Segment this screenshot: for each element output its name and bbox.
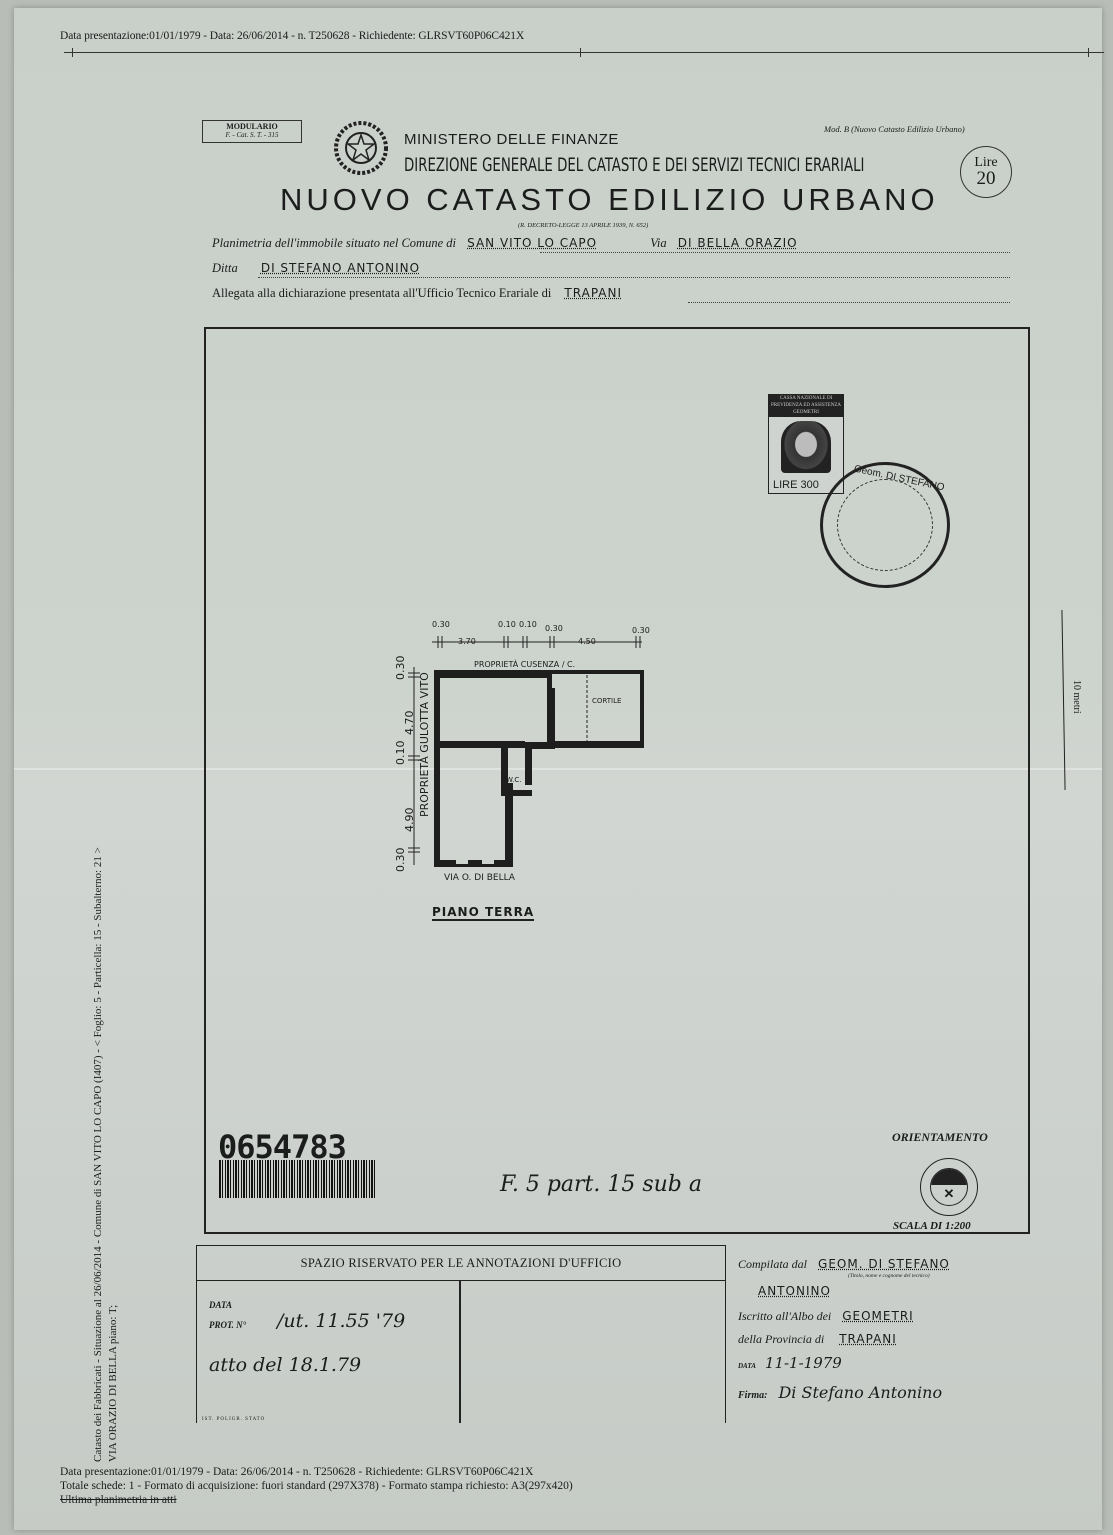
provincia-row: della Provincia di TRAPANI (738, 1332, 897, 1347)
signature: Di Stefano Antonino (778, 1383, 942, 1402)
stamp-header: CASSA NAZIONALE DI PREVIDENZA ED ASSISTE… (769, 395, 843, 417)
document-title: NUOVO CATASTO EDILIZIO URBANO (280, 182, 939, 218)
dimension-label: 3.70 (458, 637, 476, 646)
stamp-portrait (781, 421, 831, 473)
barcode (219, 1160, 377, 1198)
comune-label: Planimetria dell'immobile situato nel Co… (212, 236, 456, 250)
office-annotations-box: SPAZIO RISERVATO PER LE ANNOTAZIONI D'UF… (196, 1245, 726, 1423)
street-label: VIA O. DI BELLA (444, 873, 515, 883)
footer-line-1: Data presentazione:01/01/1979 - Data: 26… (60, 1466, 533, 1478)
wc-label: W.C. (506, 776, 521, 784)
firma-label: Firma: (738, 1390, 767, 1401)
handwritten-reference: F. 5 part. 15 sub a (500, 1172, 702, 1197)
prot-value: /ut. 11.55 '79 (277, 1310, 405, 1332)
albo-row: Iscritto all'Albo dei GEOMETRI (738, 1309, 914, 1324)
allegata-row: Allegata alla dichiarazione presentata a… (212, 286, 622, 301)
compiler-row: Compilata dal GEOM. DI STEFANO (738, 1257, 950, 1272)
printer-mark: IST. POLIGR. STATO (202, 1417, 265, 1422)
dimension-label: 0.30 (545, 624, 563, 633)
scale-bar-label: 10 metri (1071, 680, 1082, 714)
north-neighbor-label: PROPRIETÀ CUSENZA / C. (474, 660, 575, 669)
side-margin-line-1: Catasto dei Fabbricati - Situazione al 2… (92, 847, 104, 1462)
fee-stamp: Lire 20 (960, 146, 1012, 198)
compilata-hint: (Titolo, nome e cognome del tecnico) (848, 1273, 930, 1279)
compass-icon: ✕ (920, 1158, 978, 1216)
decree-reference: (R. DECRETO-LEGGE 13 APRILE 1939, N. 652… (518, 222, 648, 229)
dimension-label: 0.10 (498, 620, 516, 629)
provincia-label: della Provincia di (738, 1332, 824, 1346)
ditta-value: DI STEFANO ANTONINO (261, 261, 420, 275)
dotted-line (688, 302, 1010, 303)
compiler-data-value: 11-1-1979 (765, 1354, 842, 1372)
ditta-label: Ditta (212, 261, 238, 275)
compilata-label: Compilata dal (738, 1257, 807, 1271)
modulario-code: F. - Cat. S. T. - 315 (203, 131, 301, 140)
compiler-row-2: ANTONINO (738, 1284, 831, 1299)
revenue-stamp: CASSA NAZIONALE DI PREVIDENZA ED ASSISTE… (768, 394, 844, 494)
fee-value: 20 (961, 171, 1011, 187)
albo-value: GEOMETRI (842, 1309, 913, 1323)
surveyor-seal: Geom. DI STEFANO (820, 462, 950, 588)
dimension-label: 0.30 (432, 620, 450, 629)
allegata-label: Allegata alla dichiarazione presentata a… (212, 286, 551, 300)
compiler-data-label: DATA (738, 1362, 756, 1370)
comune-value: SAN VITO LO CAPO (467, 236, 597, 250)
dotted-line (258, 277, 1010, 278)
compilata-value: GEOM. DI STEFANO (818, 1257, 950, 1271)
dimension-label: 0.10 (519, 620, 537, 629)
ministry-name: MINISTERO DELLE FINANZE (404, 131, 619, 148)
dimension-label: 4.50 (578, 637, 596, 646)
office-note: atto del 18.1.79 (209, 1354, 361, 1376)
stamp-value: LIRE 300 (773, 479, 819, 491)
dimension-label: 0.30 (632, 626, 650, 635)
office-box-title: SPAZIO RISERVATO PER LE ANNOTAZIONI D'UF… (197, 1246, 725, 1281)
courtyard-label: CORTILE (592, 697, 621, 705)
compilata-value-2: ANTONINO (758, 1284, 831, 1298)
presentation-header: Data presentazione:01/01/1979 - Data: 26… (60, 30, 524, 42)
via-value: DI BELLA ORAZIO (678, 236, 798, 250)
data-row: DATA 11-1-1979 (738, 1354, 842, 1372)
west-neighbor-label: PROPRIETÀ GULOTTA VITO (418, 672, 431, 817)
data-label: DATA (209, 1300, 232, 1310)
dimension-label: 0.30 (394, 848, 407, 873)
floor-plan-drawing (392, 615, 672, 900)
dimension-label: 4.90 (403, 808, 416, 833)
directorate-name: DIREZIONE GENERALE DEL CATASTO E DEI SER… (404, 154, 864, 176)
italian-emblem-icon (333, 120, 389, 176)
dimension-label: 4.70 (403, 711, 416, 736)
top-ruler (64, 52, 1104, 53)
footer-line-3: Ultima planimetria in atti (60, 1494, 177, 1506)
dimension-label: 0.30 (394, 656, 407, 681)
orientation-label: ORIENTAMENTO (892, 1130, 988, 1145)
floor-label: PIANO TERRA (432, 905, 534, 921)
modulario-box: MODULARIO F. - Cat. S. T. - 315 (202, 120, 302, 143)
modulario-label: MODULARIO (203, 122, 301, 131)
dimension-label: 0.10 (394, 741, 407, 766)
prot-label: PROT. N° (209, 1320, 246, 1330)
planimetria-row: Planimetria dell'immobile situato nel Co… (212, 236, 798, 251)
albo-label: Iscritto all'Albo dei (738, 1309, 831, 1323)
ditta-row: Ditta DI STEFANO ANTONINO (212, 261, 420, 276)
via-label: Via (650, 236, 666, 250)
side-margin-line-2: VIA ORAZIO DI BELLA piano: T; (107, 1305, 119, 1462)
firma-row: Firma: Di Stefano Antonino (738, 1383, 942, 1402)
ufficio-value: TRAPANI (564, 286, 622, 300)
model-label: Mod. B (Nuovo Catasto Edilizio Urbano) (824, 124, 965, 134)
provincia-value: TRAPANI (839, 1332, 897, 1346)
scale-label: SCALA DI 1:200 (893, 1220, 971, 1232)
dotted-line (540, 252, 1010, 253)
footer-line-2: Totale schede: 1 - Formato di acquisizio… (60, 1480, 573, 1492)
